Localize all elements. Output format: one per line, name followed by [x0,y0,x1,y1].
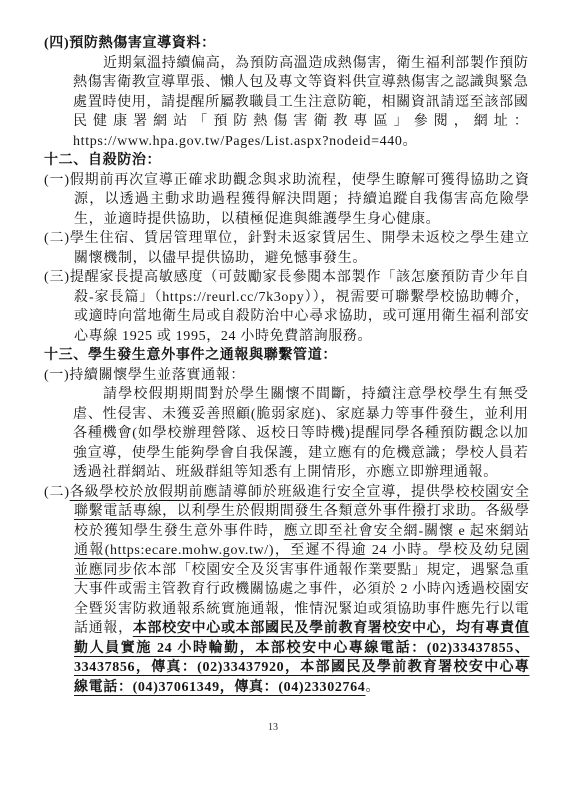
document-page: (四)預防熱傷害宣導資料：近期氣溫持續偏高，為預防高溫造成熱傷害，衛生福利部製作… [0,0,566,800]
paragraph-care-report: 請學校假期期間對於學生關懷不間斷，持續注意學校學生有無受虐、性侵害、未獲妥善照顧… [73,385,529,483]
text-run: 學生住宿、賃居管理單位，針對未返家賃居生、開學未返校之學生建立關懷機制，以儘早提… [70,231,530,266]
item-13-1: (一)持續關懷學生並落實通報： [44,366,530,386]
page-number: 13 [0,722,546,733]
item-12-1: (一)假期前再次宣導正確求助觀念與求助流程，使學生瞭解可獲得協助之資源，以透過主… [44,171,530,230]
item-label: (二) [44,485,70,500]
item-label: (一) [44,368,69,383]
item-label: (三) [44,270,70,285]
text-run: 請學校假期期間對於學生關懷不間斷，持續注意學校學生有無受虐、性侵害、未獲妥善照顧… [73,387,529,480]
text-run: 。 [365,680,380,695]
text-run: 十二、自殺防治： [44,153,161,168]
text-run: 持續關懷學生並落實通報： [69,368,245,383]
text-run: 。 [403,134,418,149]
section-heading-13: 十三、學生發生意外事件之通報與聯繫管道： [44,346,530,366]
item-label: (二) [44,231,70,246]
item-label: (一) [44,173,70,188]
text-run: 本部校安中心或本部國民及學前教育署校安中心，均有專責值勤人員實施 24 小時輪勤… [74,621,530,695]
item-12-2: (二)學生住宿、賃居管理單位，針對未返家賃居生、開學未返校之學生建立關懷機制，以… [44,229,530,268]
item-13-2: (二)各級學校於放假期前應請導師於班級進行安全宣導，提供學校校園安全聯繫電話專線… [44,483,530,698]
text-run: (四)預防熱傷害宣導資料： [44,36,216,51]
text-run: 假期前再次宣導正確求助觀念與求助流程，使學生瞭解可獲得協助之資源，以透過主動求助… [70,173,530,227]
section-heading-12: 十二、自殺防治： [44,151,530,171]
document-body: (四)預防熱傷害宣導資料：近期氣溫持續偏高，為預防高溫造成熱傷害，衛生福利部製作… [44,34,530,697]
item-12-3: (三)提醒家長提高敏感度（可鼓勵家長參閱本部製作「該怎麼預防青少年自殺-家長篇」… [44,268,530,346]
url-text: https://www.hpa.gov.tw/Pages/List.aspx?n… [73,134,403,149]
text-run: 近期氣溫持續偏高，為預防高溫造成熱傷害，衛生福利部製作預防熱傷害衛教宣導單張、懶… [73,56,529,130]
paragraph-heat-injury: 近期氣溫持續偏高，為預防高溫造成熱傷害，衛生福利部製作預防熱傷害衛教宣導單張、懶… [73,54,529,152]
text-run: 十三、學生發生意外事件之通報與聯繫管道： [44,348,337,363]
url-text: https:ecare.mohw.gov.tw/ [110,543,269,558]
section-heading-4: (四)預防熱傷害宣導資料： [44,34,530,54]
url-text: https://reurl.cc/7k3opy [162,290,304,305]
text-run: 各級學校於放假期前應請導師於班級進行安全宣導，提供學校校園安全聯繫電話專線，以利… [70,485,530,520]
